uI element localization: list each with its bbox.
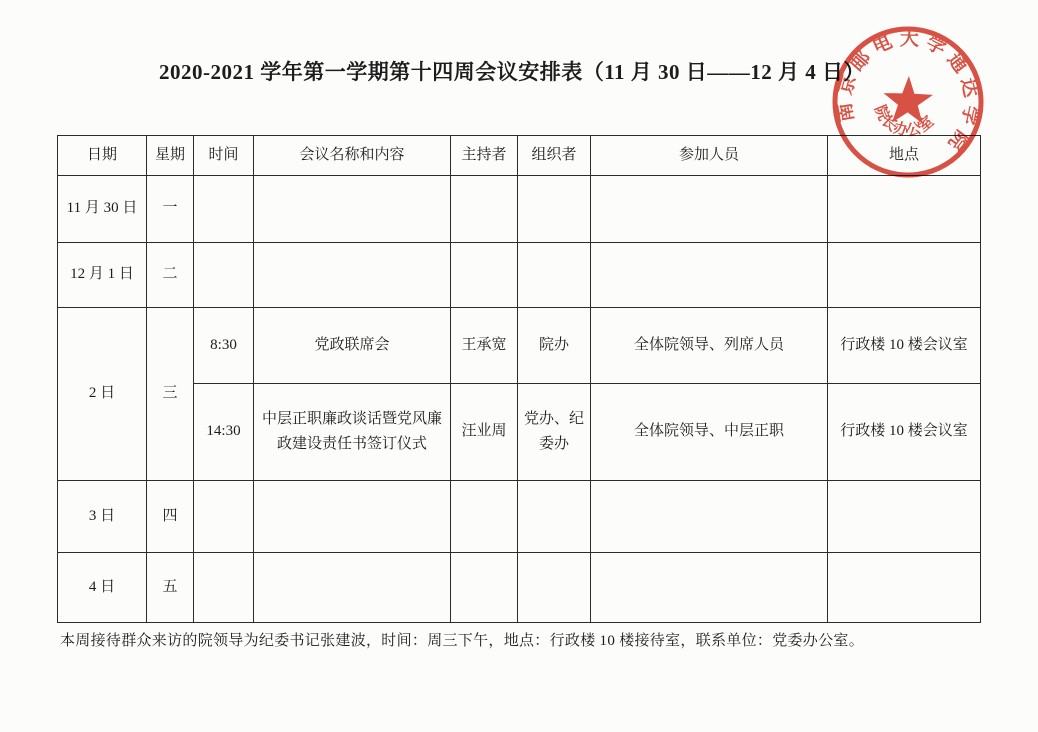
host-cell: 王承宽 <box>451 308 518 384</box>
col-header-host: 主持者 <box>451 136 518 176</box>
meeting-name-cell <box>254 481 451 553</box>
location-cell <box>828 553 981 623</box>
weekday-cell: 一 <box>147 176 194 243</box>
meeting-name-cell <box>254 553 451 623</box>
location-cell <box>828 176 981 243</box>
date-cell: 11 月 30 日 <box>58 176 147 243</box>
weekday-cell: 三 <box>147 308 194 481</box>
meeting-name-cell: 党政联席会 <box>254 308 451 384</box>
date-cell: 4 日 <box>58 553 147 623</box>
host-cell: 汪业周 <box>451 384 518 481</box>
col-header-weekday: 星期 <box>147 136 194 176</box>
table-row: 14:30 中层正职廉政谈话暨党风廉政建设责任书签订仪式 汪业周 党办、纪委办 … <box>58 384 981 481</box>
organizer-cell: 院办 <box>518 308 591 384</box>
reception-footer-note: 本周接待群众来访的院领导为纪委书记张建波，时间：周三下午，地点：行政楼 10 楼… <box>60 629 864 650</box>
time-cell <box>194 243 254 308</box>
time-cell <box>194 481 254 553</box>
time-cell <box>194 176 254 243</box>
host-cell <box>451 243 518 308</box>
location-cell: 行政楼 10 楼会议室 <box>828 384 981 481</box>
meeting-name-cell: 中层正职廉政谈话暨党风廉政建设责任书签订仪式 <box>254 384 451 481</box>
weekday-cell: 五 <box>147 553 194 623</box>
table-header-row: 日期 星期 时间 会议名称和内容 主持者 组织者 参加人员 地点 <box>58 136 981 176</box>
organizer-cell <box>518 553 591 623</box>
weekday-cell: 四 <box>147 481 194 553</box>
table-row: 2 日 三 8:30 党政联席会 王承宽 院办 全体院领导、列席人员 行政楼 1… <box>58 308 981 384</box>
location-cell <box>828 481 981 553</box>
col-header-participants: 参加人员 <box>591 136 828 176</box>
participants-cell: 全体院领导、列席人员 <box>591 308 828 384</box>
host-cell <box>451 481 518 553</box>
time-cell: 14:30 <box>194 384 254 481</box>
participants-cell: 全体院领导、中层正职 <box>591 384 828 481</box>
location-cell: 行政楼 10 楼会议室 <box>828 308 981 384</box>
col-header-date: 日期 <box>58 136 147 176</box>
location-cell <box>828 243 981 308</box>
meeting-schedule-table: 日期 星期 时间 会议名称和内容 主持者 组织者 参加人员 地点 11 月 30… <box>57 135 981 623</box>
table-row: 12 月 1 日 二 <box>58 243 981 308</box>
col-header-time: 时间 <box>194 136 254 176</box>
meeting-name-cell <box>254 176 451 243</box>
time-cell <box>194 553 254 623</box>
table-row: 4 日 五 <box>58 553 981 623</box>
date-cell: 12 月 1 日 <box>58 243 147 308</box>
weekday-cell: 二 <box>147 243 194 308</box>
participants-cell <box>591 176 828 243</box>
date-cell: 2 日 <box>58 308 147 481</box>
col-header-organizer: 组织者 <box>518 136 591 176</box>
host-cell <box>451 176 518 243</box>
organizer-cell <box>518 176 591 243</box>
participants-cell <box>591 481 828 553</box>
organizer-cell <box>518 243 591 308</box>
col-header-meeting-name: 会议名称和内容 <box>254 136 451 176</box>
organizer-cell: 党办、纪委办 <box>518 384 591 481</box>
table-row: 3 日 四 <box>58 481 981 553</box>
time-cell: 8:30 <box>194 308 254 384</box>
participants-cell <box>591 553 828 623</box>
document-title: 2020-2021 学年第一学期第十四周会议安排表（11 月 30 日——12 … <box>0 56 1024 86</box>
scanned-document-page: 2020-2021 学年第一学期第十四周会议安排表（11 月 30 日——12 … <box>0 0 1038 732</box>
host-cell <box>451 553 518 623</box>
participants-cell <box>591 243 828 308</box>
organizer-cell <box>518 481 591 553</box>
col-header-location: 地点 <box>828 136 981 176</box>
table-row: 11 月 30 日 一 <box>58 176 981 243</box>
meeting-name-cell <box>254 243 451 308</box>
date-cell: 3 日 <box>58 481 147 553</box>
